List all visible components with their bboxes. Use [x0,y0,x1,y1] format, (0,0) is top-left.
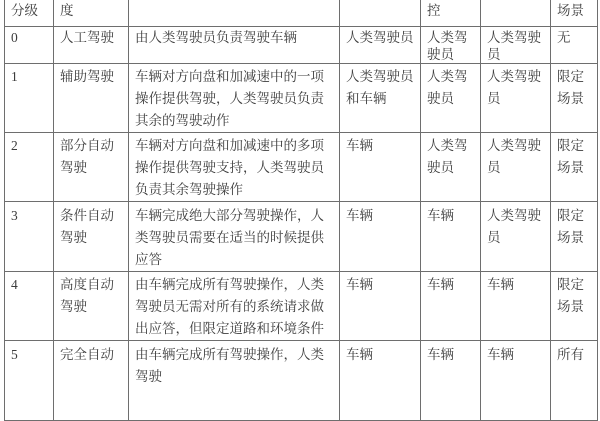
cell-surroundings-monitoring: 人类驾驶员 [421,26,481,63]
cell-level: 1 [5,63,54,132]
cell-description: 由车辆完成所有驾驶操作，人类驾驶员无需对所有的系统请求做出应答，但限定道路和环境… [129,271,340,338]
cell-name: 人工驾驶 [54,26,129,63]
table-row-level-0: 0 人工驾驶 由人类驾驶员负责驾驶车辆 人类驾驶员 人类驾驶员 人类驾驶员 无 [5,26,598,63]
header-description [129,0,340,26]
cell-takeover: 车辆 [481,271,551,338]
cell-takeover: 人类驾驶员 [481,132,551,201]
cell-description: 车辆完成绝大部分驾驶操作，人类驾驶员需要在适当的时候提供应答 [129,201,340,271]
table-row-level-1: 1 辅助驾驶 车辆对方向盘和加减速中的一项操作提供驾驶，人类驾驶员负责其余的驾驶… [5,63,598,132]
cell-takeover: 人类驾驶员 [481,26,551,63]
cell-name: 条件自动驾驶 [54,201,129,271]
cell-level: 4 [5,271,54,338]
cell-name: 部分自动驾驶 [54,132,129,201]
table-row-level-4: 4 高度自动驾驶 由车辆完成所有驾驶操作，人类驾驶员无需对所有的系统请求做出应答… [5,271,598,338]
cell-name: 高度自动驾驶 [54,271,129,338]
cell-takeover: 人类驾驶员 [481,63,551,132]
header-surroundings-monitoring: 控 [421,0,481,26]
cell-scene: 限定场景 [551,63,598,132]
cell-driving-operation: 车辆 [340,201,421,271]
cell-surroundings-monitoring: 人类驾驶员 [421,63,481,132]
cell-level: 2 [5,132,54,201]
cell-driving-operation: 车辆 [340,132,421,201]
cell-driving-operation: 人类驾驶员 [340,26,421,63]
header-takeover [481,0,551,26]
cell-scene: 限定场景 [551,132,598,201]
cell-scene: 无 [551,26,598,63]
cell-description: 车辆对方向盘和加减速中的一项操作提供驾驶，人类驾驶员负责其余的驾驶动作 [129,63,340,132]
cell-surroundings-monitoring: 车辆 [421,271,481,338]
header-driving-operation [340,0,421,26]
cell-driving-operation: 车辆 [340,271,421,338]
document-page: 分级 度 控 场景 0 人工驾驶 由人类驾驶员负责驾驶车辆 人类驾驶员 人类驾驶… [0,0,600,338]
header-level: 分级 [5,0,54,26]
header-name: 度 [54,0,129,26]
table-header-row: 分级 度 控 场景 [5,0,598,26]
cell-surroundings-monitoring: 人类驾驶员 [421,132,481,201]
cell-driving-operation: 人类驾驶员和车辆 [340,63,421,132]
cell-level: 0 [5,26,54,63]
table-row-level-3: 3 条件自动驾驶 车辆完成绝大部分驾驶操作，人类驾驶员需要在适当的时候提供应答 … [5,201,598,271]
autonomous-driving-levels-table: 分级 度 控 场景 0 人工驾驶 由人类驾驶员负责驾驶车辆 人类驾驶员 人类驾驶… [4,0,598,338]
cell-description: 车辆对方向盘和加减速中的多项操作提供驾驶支持，人类驾驶员负责其余驾驶操作 [129,132,340,201]
cell-level: 3 [5,201,54,271]
cell-name: 辅助驾驶 [54,63,129,132]
cell-description: 由人类驾驶员负责驾驶车辆 [129,26,340,63]
cell-surroundings-monitoring: 车辆 [421,201,481,271]
table-row-level-2: 2 部分自动驾驶 车辆对方向盘和加减速中的多项操作提供驾驶支持，人类驾驶员负责其… [5,132,598,201]
cell-scene: 限定场景 [551,201,598,271]
header-scene: 场景 [551,0,598,26]
cell-takeover: 人类驾驶员 [481,201,551,271]
cell-scene: 限定场景 [551,271,598,338]
